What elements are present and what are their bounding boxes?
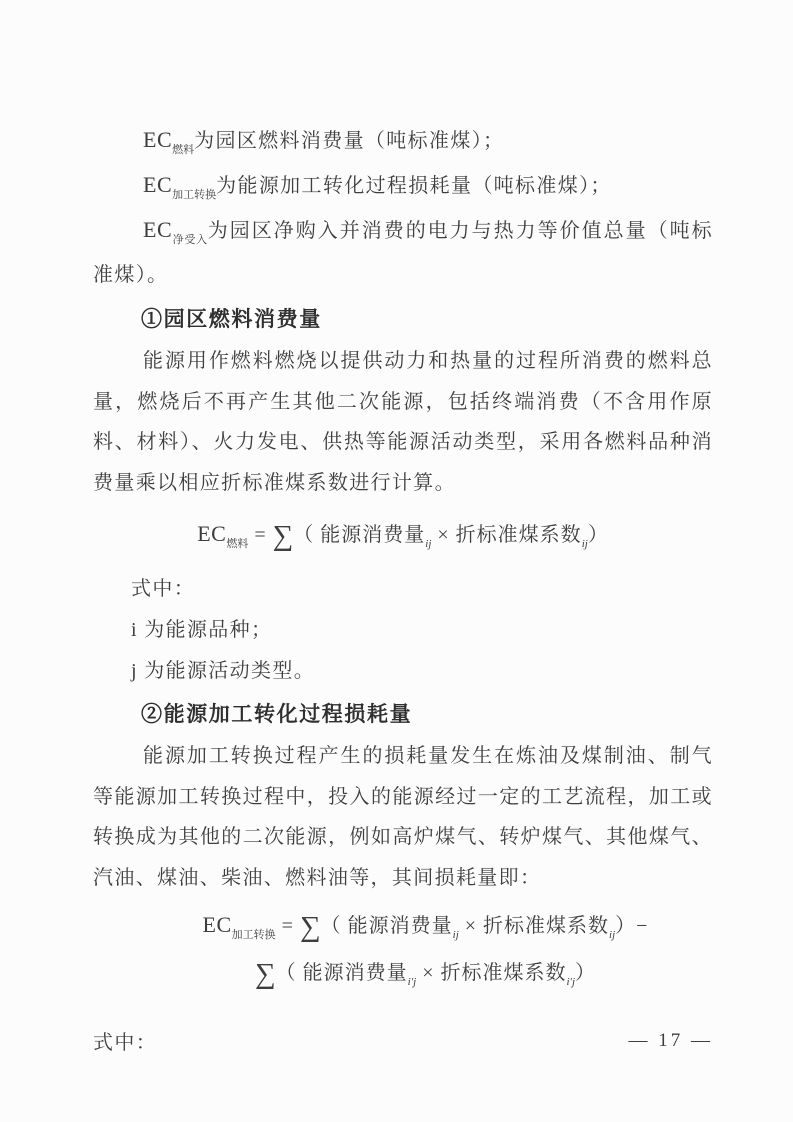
formula-term1: （ 能源消费量 — [276, 962, 408, 984]
ec-subscript: 燃料 — [172, 144, 194, 156]
definition-ec-net-input: EC净受入为园区净购入并消费的电力与热力等价值总量（吨标准煤）。 — [93, 208, 713, 297]
equals-sign: = — [248, 524, 272, 546]
section2-paragraph: 能源加工转换过程产生的损耗量发生在炼油及煤制油、制气等能源加工转换过程中，投入的… — [93, 736, 713, 898]
equals-sign: = — [276, 915, 300, 937]
where-label: 式中： — [93, 569, 713, 610]
ec-symbol: EC — [143, 127, 172, 152]
sigma-symbol: ∑ — [273, 520, 294, 552]
document-page: EC燃料为园区燃料消费量（吨标准煤）； EC加工转换为能源加工转化过程损耗量（吨… — [0, 0, 793, 1122]
formula-close-minus: ）− — [615, 915, 648, 937]
formula-subscript2: i′j — [566, 976, 575, 988]
where-item-i: i 为能源品种； — [93, 610, 713, 651]
where-label-bottom: 式中： — [93, 1023, 713, 1064]
definition-text: 为园区燃料消费量（吨标准煤）； — [194, 130, 504, 152]
definition-text: 为能源加工转化过程损耗量（吨标准煤）； — [216, 175, 612, 197]
formula-term2: × 折标准煤系数 — [431, 524, 581, 546]
formula-fuel-consumption: EC燃料 = ∑（ 能源消费量ij × 折标准煤系数ij） — [93, 511, 713, 559]
formula-term2: × 折标准煤系数 — [416, 962, 566, 984]
ec-subscript: 加工转换 — [172, 189, 216, 201]
formula-processing-loss: EC加工转换 = ∑（ 能源消费量ij × 折标准煤系数ij）− ∑（ 能源消费… — [93, 902, 713, 997]
page-number: — 17 — — [629, 1030, 714, 1052]
formula-lhs-subscript: 燃料 — [226, 538, 248, 550]
section1-paragraph: 能源用作燃料燃烧以提供动力和热量的过程所消费的燃料总量，燃烧后不再产生其他二次能… — [93, 341, 713, 503]
formula-line1: EC加工转换 = ∑（ 能源消费量ij × 折标准煤系数ij）− — [138, 902, 713, 950]
where-item-j: j 为能源活动类型。 — [93, 651, 713, 692]
formula-lhs-subscript: 加工转换 — [232, 929, 276, 941]
formula-line2: ∑（ 能源消费量i′j × 折标准煤系数i′j） — [138, 950, 713, 997]
formula-close-paren: ） — [575, 962, 596, 984]
definition-text: 为园区净购入并消费的电力与热力等价值总量（吨标准煤）。 — [93, 220, 713, 286]
ec-symbol: EC — [143, 217, 172, 242]
sigma-symbol: ∑ — [255, 958, 276, 990]
ec-symbol: EC — [143, 172, 172, 197]
section2-heading: ②能源加工转化过程损耗量 — [93, 692, 713, 736]
section1-heading: ①园区燃料消费量 — [93, 297, 713, 341]
formula-close-paren: ） — [588, 524, 609, 546]
formula-lhs: EC — [203, 912, 232, 937]
sigma-symbol: ∑ — [300, 911, 321, 943]
formula-term2: × 折标准煤系数 — [459, 915, 609, 937]
definition-ec-fuel: EC燃料为园区燃料消费量（吨标准煤）； — [93, 118, 713, 163]
formula-term1: （ 能源消费量 — [321, 915, 453, 937]
definition-ec-processing: EC加工转换为能源加工转化过程损耗量（吨标准煤）； — [93, 163, 713, 208]
ec-subscript: 净受入 — [172, 234, 208, 246]
formula-term1: （ 能源消费量 — [293, 524, 425, 546]
formula-lhs: EC — [197, 521, 226, 546]
formula-subscript1: i′j — [408, 976, 417, 988]
